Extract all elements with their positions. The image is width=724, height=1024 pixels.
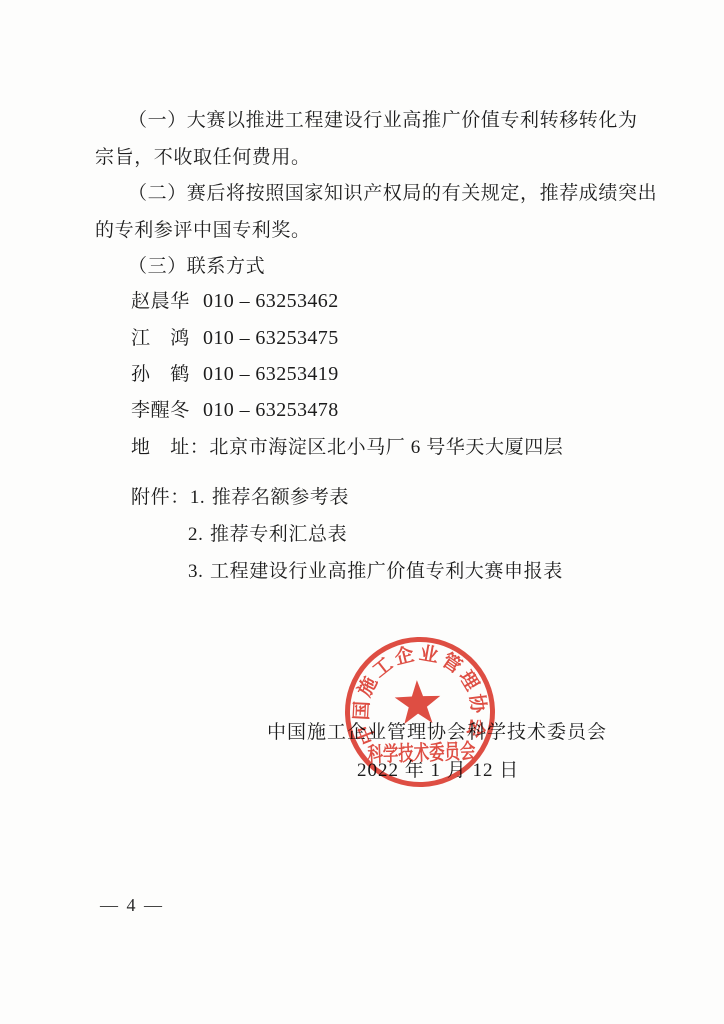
attachment-row-1: 附件：1.推荐名额参考表: [131, 486, 349, 509]
paragraph-2-line-1: （二）赛后将按照国家知识产权局的有关规定，推荐成绩突出: [128, 182, 657, 205]
attachment-row-2: 2.推荐专利汇总表: [188, 523, 347, 546]
section-3-heading: （三）联系方式: [128, 255, 265, 278]
contact-phone: 010 – 63253478: [203, 399, 339, 421]
signature-date: 2022 年 1 月 12 日: [357, 759, 519, 782]
attachment-title: 推荐专利汇总表: [210, 524, 347, 545]
attachment-row-3: 3.工程建设行业高推广价值专利大赛申报表: [188, 560, 563, 583]
contact-row: 江 鸿010 – 63253475: [131, 327, 339, 350]
contact-phone: 010 – 63253475: [203, 327, 339, 349]
paragraph-1-line-2: 宗旨，不收取任何费用。: [95, 146, 311, 169]
contact-phone: 010 – 63253462: [203, 290, 339, 312]
contact-name: 孙 鹤: [131, 363, 191, 386]
contact-row: 赵晨华010 – 63253462: [131, 290, 339, 313]
contact-name: 赵晨华: [131, 290, 191, 313]
paragraph-2-line-2: 的专利参评中国专利奖。: [95, 219, 311, 242]
attachment-number: 2.: [188, 523, 210, 546]
page-number: — 4 —: [100, 894, 164, 917]
attachment-number: 1.: [190, 486, 212, 509]
contact-row: 李醒冬010 – 63253478: [131, 399, 339, 422]
attachments-label: 附件：: [131, 487, 190, 508]
official-seal: 中国施工企业管理协会 科学技术委员会: [317, 609, 524, 816]
contact-name: 江 鸿: [131, 327, 191, 350]
contact-name: 李醒冬: [131, 399, 191, 422]
attachment-title: 推荐名额参考表: [212, 487, 349, 508]
paragraph-1-line-1: （一）大赛以推进工程建设行业高推广价值专利转移转化为: [128, 109, 638, 132]
address-label: 地 址：: [131, 437, 209, 458]
contact-row: 孙 鹤010 – 63253419: [131, 363, 339, 386]
attachment-number: 3.: [188, 560, 210, 583]
address-value: 北京市海淀区北小马厂 6 号华天大厦四层: [209, 437, 563, 458]
star-icon: [394, 679, 441, 724]
signature-organization: 中国施工企业管理协会科学技术委员会: [267, 721, 607, 744]
document-page: （一）大赛以推进工程建设行业高推广价值专利转移转化为 宗旨，不收取任何费用。 （…: [0, 0, 724, 1024]
address-row: 地 址：北京市海淀区北小马厂 6 号华天大厦四层: [131, 436, 563, 459]
contact-phone: 010 – 63253419: [203, 363, 339, 385]
attachment-title: 工程建设行业高推广价值专利大赛申报表: [210, 561, 563, 582]
